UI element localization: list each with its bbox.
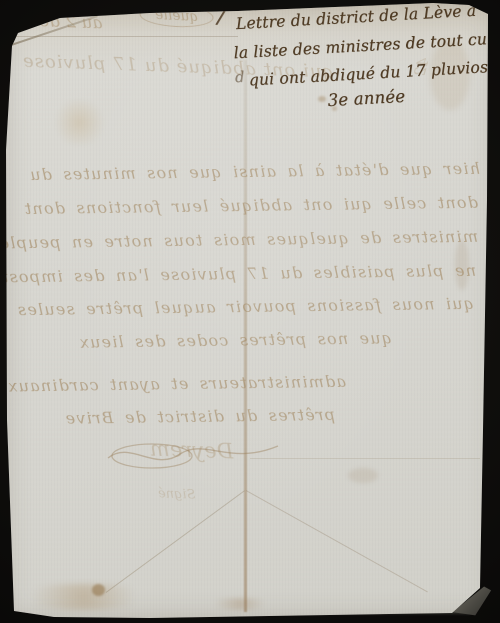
- manuscript-page: au 2 de la quelle qui ont abdiqué du 17 …: [0, 0, 500, 623]
- bleedthrough-line: hier que d'état à la ainsi que nos minut…: [24, 159, 480, 184]
- annotation-line-2: la liste des ministres de tout culte: [233, 28, 500, 62]
- bleedthrough-line: qui nous fassions pouvoir auquel prêtre …: [26, 294, 474, 319]
- bleedthrough-line: ministres de quelques mois tous notre en…: [20, 227, 478, 252]
- stain-blotch: [52, 100, 107, 145]
- signature-flourish: [100, 432, 285, 472]
- bleedthrough-fragment: au 2 de la: [18, 11, 103, 34]
- stain-smudge: [348, 468, 378, 483]
- stain-blotch: [14, 584, 154, 610]
- diagonal-crease: [106, 490, 245, 593]
- pen-stroke-mark: /: [217, 1, 227, 30]
- stain-blotch: [205, 598, 275, 610]
- corner-fold-crease: [8, 15, 98, 47]
- bleedthrough-line: que nos prêtres codes des lieux: [22, 328, 392, 352]
- bleedthrough-line: administrateurs et ayant cardinaux de: [36, 372, 346, 395]
- bleedthrough-signature: Deyrem: [150, 437, 234, 464]
- stain-spot: [92, 584, 105, 596]
- annotation-line-4: 3e année: [327, 87, 406, 111]
- stain-smudge: [455, 240, 469, 290]
- annotation-line-3: qui ont abdiqué du 17 pluviose: [248, 57, 498, 90]
- pen-premark: d: [235, 68, 246, 87]
- bleedthrough-line: prêtres du district de Brive: [50, 405, 335, 428]
- header-annotation: / d Lettre du district de la Lève a la l…: [202, 0, 499, 128]
- photo-backdrop: au 2 de la quelle qui ont abdiqué du 17 …: [0, 0, 500, 623]
- bleedthrough-line: ne plus paisibles du 17 pluviose l'an de…: [24, 261, 476, 286]
- bleedthrough-line: dont celle qui ont abdiqué leur fonction…: [18, 193, 478, 218]
- horizontal-crease: [250, 458, 480, 459]
- bleedthrough-footer-word: Signé: [158, 486, 196, 502]
- annotation-line-1: Lettre du district de la Lève a: [235, 1, 476, 33]
- diagonal-crease: [246, 490, 428, 593]
- vertical-fold-crease: [244, 60, 247, 612]
